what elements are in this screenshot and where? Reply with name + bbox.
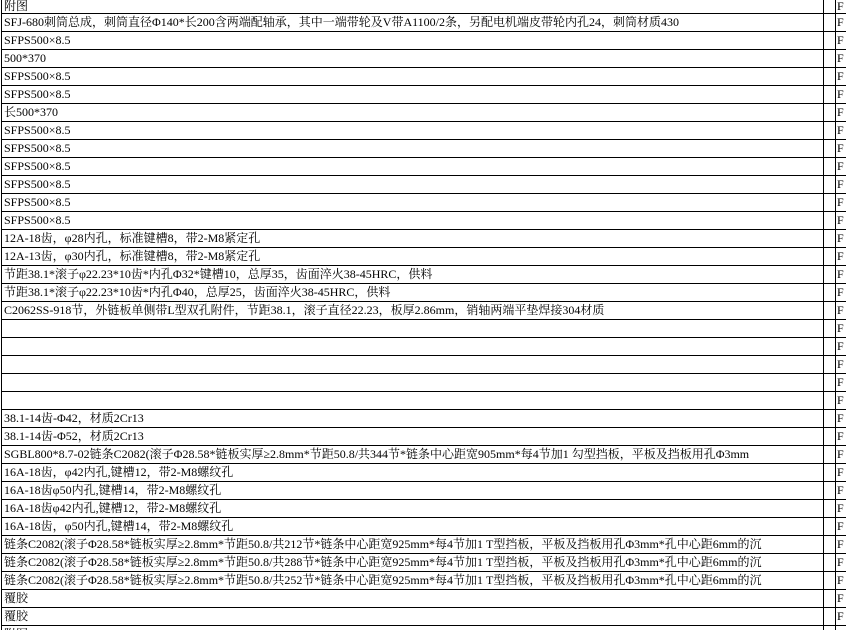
spacer-cell[interactable] (824, 104, 836, 121)
spec-cell[interactable]: 覆胶 (2, 590, 824, 607)
table-row: 覆胶 F (2, 590, 846, 608)
clipped-cell[interactable]: F (836, 554, 846, 571)
spec-cell[interactable]: SFPS500×8.5 (2, 86, 824, 103)
spacer-cell[interactable] (824, 536, 836, 553)
clipped-cell[interactable]: F (836, 518, 846, 535)
clipped-cell[interactable]: F (836, 122, 846, 139)
spec-cell[interactable]: 38.1-14齿-Φ42，材质2Cr13 (2, 410, 824, 427)
clipped-cell[interactable]: F (836, 572, 846, 589)
clipped-cell[interactable]: F (836, 50, 846, 67)
clipped-cell[interactable]: F (836, 158, 846, 175)
cell-grid: 附图 F SFJ-680刺筒总成，刺筒直径Φ140*长200含两端配轴承，其中一… (1, 0, 846, 630)
clipped-cell[interactable]: F (836, 266, 846, 283)
spec-cell[interactable]: 38.1-14齿-Φ52，材质2Cr13 (2, 428, 824, 445)
table-row: 16A-18齿φ42内孔,键槽12，带2-M8螺纹孔 F (2, 500, 846, 518)
table-row: 链条C2082(滚子Φ28.58*链板实厚≥2.8mm*节距50.8/共212节… (2, 536, 846, 554)
table-row: SFPS500×8.5 F (2, 158, 846, 176)
spec-cell[interactable]: 附图 (2, 626, 824, 630)
spacer-cell[interactable] (824, 500, 836, 517)
table-row: SFPS500×8.5 F (2, 140, 846, 158)
clipped-cell[interactable]: F (836, 194, 846, 211)
table-row: SFJ-680刺筒总成，刺筒直径Φ140*长200含两端配轴承，其中一端带轮及V… (2, 14, 846, 32)
spacer-cell[interactable] (824, 140, 836, 157)
clipped-cell[interactable]: F (836, 410, 846, 427)
spec-cell[interactable]: 节距38.1*滚子φ22.23*10齿*内孔Φ40，总厚25，齿面淬火38-45… (2, 284, 824, 301)
spec-cell[interactable] (2, 320, 824, 337)
spacer-cell[interactable] (824, 338, 836, 355)
clipped-cell[interactable]: F (836, 14, 846, 31)
table-row: 节距38.1*滚子φ22.23*10齿*内孔Φ40，总厚25，齿面淬火38-45… (2, 284, 846, 302)
spec-cell[interactable]: 500*370 (2, 50, 824, 67)
spec-cell[interactable]: 附图 (2, 0, 824, 13)
spacer-cell[interactable] (824, 50, 836, 67)
table-row: 附图 (2, 626, 846, 630)
spec-cell[interactable]: 链条C2082(滚子Φ28.58*链板实厚≥2.8mm*节距50.8/共252节… (2, 572, 824, 589)
clipped-cell[interactable]: F (836, 32, 846, 49)
clipped-cell[interactable]: F (836, 608, 846, 625)
spacer-cell[interactable] (824, 158, 836, 175)
spreadsheet: 附图 F SFJ-680刺筒总成，刺筒直径Φ140*长200含两端配轴承，其中一… (0, 0, 846, 630)
table-row: F (2, 356, 846, 374)
spec-cell[interactable]: 16A-18齿φ42内孔,键槽12，带2-M8螺纹孔 (2, 500, 824, 517)
spacer-cell[interactable] (824, 428, 836, 445)
spec-cell[interactable]: 长500*370 (2, 104, 824, 121)
spec-cell[interactable]: C2062SS-918节，外链板单侧带L型双孔附件，节距38.1，滚子直径22.… (2, 302, 824, 319)
spec-cell[interactable]: SFPS500×8.5 (2, 140, 824, 157)
table-row: 链条C2082(滚子Φ28.58*链板实厚≥2.8mm*节距50.8/共252节… (2, 572, 846, 590)
spacer-cell[interactable] (824, 356, 836, 373)
spec-cell[interactable]: 16A-18齿φ50内孔,键槽14，带2-M8螺纹孔 (2, 482, 824, 499)
table-row: SGBL800*8.7-02链条C2082(滚子Φ28.58*链板实厚≥2.8m… (2, 446, 846, 464)
spacer-cell[interactable] (824, 194, 836, 211)
clipped-cell[interactable]: F (836, 230, 846, 247)
table-row: 节距38.1*滚子φ22.23*10齿*内孔Φ32*键槽10，总厚35，齿面淬火… (2, 266, 846, 284)
table-row: SFPS500×8.5 F (2, 86, 846, 104)
clipped-cell[interactable]: F (836, 320, 846, 337)
spacer-cell[interactable] (824, 284, 836, 301)
clipped-cell[interactable]: F (836, 68, 846, 85)
table-row: 覆胶 F (2, 608, 846, 626)
clipped-cell[interactable]: F (836, 140, 846, 157)
spacer-cell[interactable] (824, 464, 836, 481)
spec-cell[interactable]: 12A-13齿，φ30内孔，标准键槽8，带2-M8紧定孔 (2, 248, 824, 265)
spacer-cell[interactable] (824, 392, 836, 409)
table-row: SFPS500×8.5 F (2, 176, 846, 194)
table-row: 12A-13齿，φ30内孔，标准键槽8，带2-M8紧定孔 F (2, 248, 846, 266)
table-row: 长500*370 F (2, 104, 846, 122)
clipped-cell[interactable]: F (836, 86, 846, 103)
table-row: C2062SS-918节，外链板单侧带L型双孔附件，节距38.1，滚子直径22.… (2, 302, 846, 320)
spec-cell[interactable]: SFPS500×8.5 (2, 122, 824, 139)
spacer-cell[interactable] (824, 266, 836, 283)
clipped-cell[interactable]: F (836, 428, 846, 445)
table-row: 38.1-14齿-Φ42，材质2Cr13 F (2, 410, 846, 428)
spec-cell[interactable]: SFPS500×8.5 (2, 194, 824, 211)
spec-cell[interactable]: SFPS500×8.5 (2, 158, 824, 175)
table-row: 16A-18齿，φ50内孔,键槽14，带2-M8螺纹孔 F (2, 518, 846, 536)
spec-cell[interactable]: SFPS500×8.5 (2, 32, 824, 49)
spec-cell[interactable]: SFPS500×8.5 (2, 68, 824, 85)
spacer-cell[interactable] (824, 320, 836, 337)
spec-cell[interactable]: 节距38.1*滚子φ22.23*10齿*内孔Φ32*键槽10，总厚35，齿面淬火… (2, 266, 824, 283)
clipped-cell[interactable]: F (836, 446, 846, 463)
clipped-cell[interactable]: F (836, 356, 846, 373)
spec-cell[interactable]: SFJ-680刺筒总成，刺筒直径Φ140*长200含两端配轴承，其中一端带轮及V… (2, 14, 824, 31)
spacer-cell[interactable] (824, 32, 836, 49)
table-row: F (2, 392, 846, 410)
table-row: 12A-18齿，φ28内孔，标准键槽8，带2-M8紧定孔 F (2, 230, 846, 248)
clipped-cell[interactable]: F (836, 176, 846, 193)
spec-cell[interactable] (2, 374, 824, 391)
spec-cell[interactable]: 链条C2082(滚子Φ28.58*链板实厚≥2.8mm*节距50.8/共212节… (2, 536, 824, 553)
spec-cell[interactable]: 覆胶 (2, 608, 824, 625)
spec-cell[interactable]: SFPS500×8.5 (2, 212, 824, 229)
spacer-cell[interactable] (824, 482, 836, 499)
clipped-cell[interactable]: F (836, 536, 846, 553)
clipped-cell[interactable]: F (836, 590, 846, 607)
table-row: 附图 F (2, 0, 846, 14)
spacer-cell[interactable] (824, 446, 836, 463)
clipped-cell[interactable]: F (836, 248, 846, 265)
table-row: 16A-18齿，φ42内孔,键槽12，带2-M8螺纹孔 F (2, 464, 846, 482)
spacer-cell[interactable] (824, 14, 836, 31)
spacer-cell[interactable] (824, 302, 836, 319)
clipped-cell[interactable]: F (836, 284, 846, 301)
spacer-cell[interactable] (824, 248, 836, 265)
spec-cell[interactable] (2, 356, 824, 373)
table-row: F (2, 338, 846, 356)
clipped-cell[interactable]: F (836, 104, 846, 121)
table-row: F (2, 320, 846, 338)
table-row: SFPS500×8.5 F (2, 32, 846, 50)
clipped-cell[interactable]: F (836, 464, 846, 481)
spacer-cell[interactable] (824, 374, 836, 391)
spacer-cell[interactable] (824, 68, 836, 85)
table-row: SFPS500×8.5 F (2, 122, 846, 140)
spacer-cell[interactable] (824, 86, 836, 103)
table-row: SFPS500×8.5 F (2, 194, 846, 212)
spacer-cell[interactable] (824, 212, 836, 229)
clipped-cell[interactable] (836, 626, 846, 630)
clipped-cell[interactable]: F (836, 392, 846, 409)
spacer-cell[interactable] (824, 176, 836, 193)
spacer-cell[interactable] (824, 410, 836, 427)
spacer-cell[interactable] (824, 554, 836, 571)
table-row: SFPS500×8.5 F (2, 68, 846, 86)
clipped-cell[interactable]: F (836, 500, 846, 517)
table-row: SFPS500×8.5 F (2, 212, 846, 230)
clipped-cell[interactable]: F (836, 302, 846, 319)
clipped-cell[interactable]: F (836, 374, 846, 391)
spacer-cell[interactable] (824, 572, 836, 589)
table-row: 500*370 F (2, 50, 846, 68)
spec-cell[interactable]: 16A-18齿，φ50内孔,键槽14，带2-M8螺纹孔 (2, 518, 824, 535)
spacer-cell[interactable] (824, 626, 836, 630)
spacer-cell[interactable] (824, 608, 836, 625)
spec-cell[interactable] (2, 338, 824, 355)
clipped-cell[interactable]: F (836, 338, 846, 355)
spacer-cell[interactable] (824, 122, 836, 139)
spacer-cell[interactable] (824, 0, 836, 13)
spacer-cell[interactable] (824, 518, 836, 535)
table-row: 38.1-14齿-Φ52，材质2Cr13 F (2, 428, 846, 446)
table-row: 16A-18齿φ50内孔,键槽14，带2-M8螺纹孔 F (2, 482, 846, 500)
spec-cell[interactable]: 链条C2082(滚子Φ28.58*链板实厚≥2.8mm*节距50.8/共288节… (2, 554, 824, 571)
spec-cell[interactable]: SFPS500×8.5 (2, 176, 824, 193)
spec-cell[interactable] (2, 392, 824, 409)
table-row: F (2, 374, 846, 392)
spec-cell[interactable]: SGBL800*8.7-02链条C2082(滚子Φ28.58*链板实厚≥2.8m… (2, 446, 824, 463)
spec-cell[interactable]: 12A-18齿，φ28内孔，标准键槽8，带2-M8紧定孔 (2, 230, 824, 247)
clipped-cell[interactable]: F (836, 482, 846, 499)
clipped-cell[interactable]: F (836, 0, 846, 13)
clipped-cell[interactable]: F (836, 212, 846, 229)
spec-cell[interactable]: 16A-18齿，φ42内孔,键槽12，带2-M8螺纹孔 (2, 464, 824, 481)
spacer-cell[interactable] (824, 230, 836, 247)
spacer-cell[interactable] (824, 590, 836, 607)
table-row: 链条C2082(滚子Φ28.58*链板实厚≥2.8mm*节距50.8/共288节… (2, 554, 846, 572)
